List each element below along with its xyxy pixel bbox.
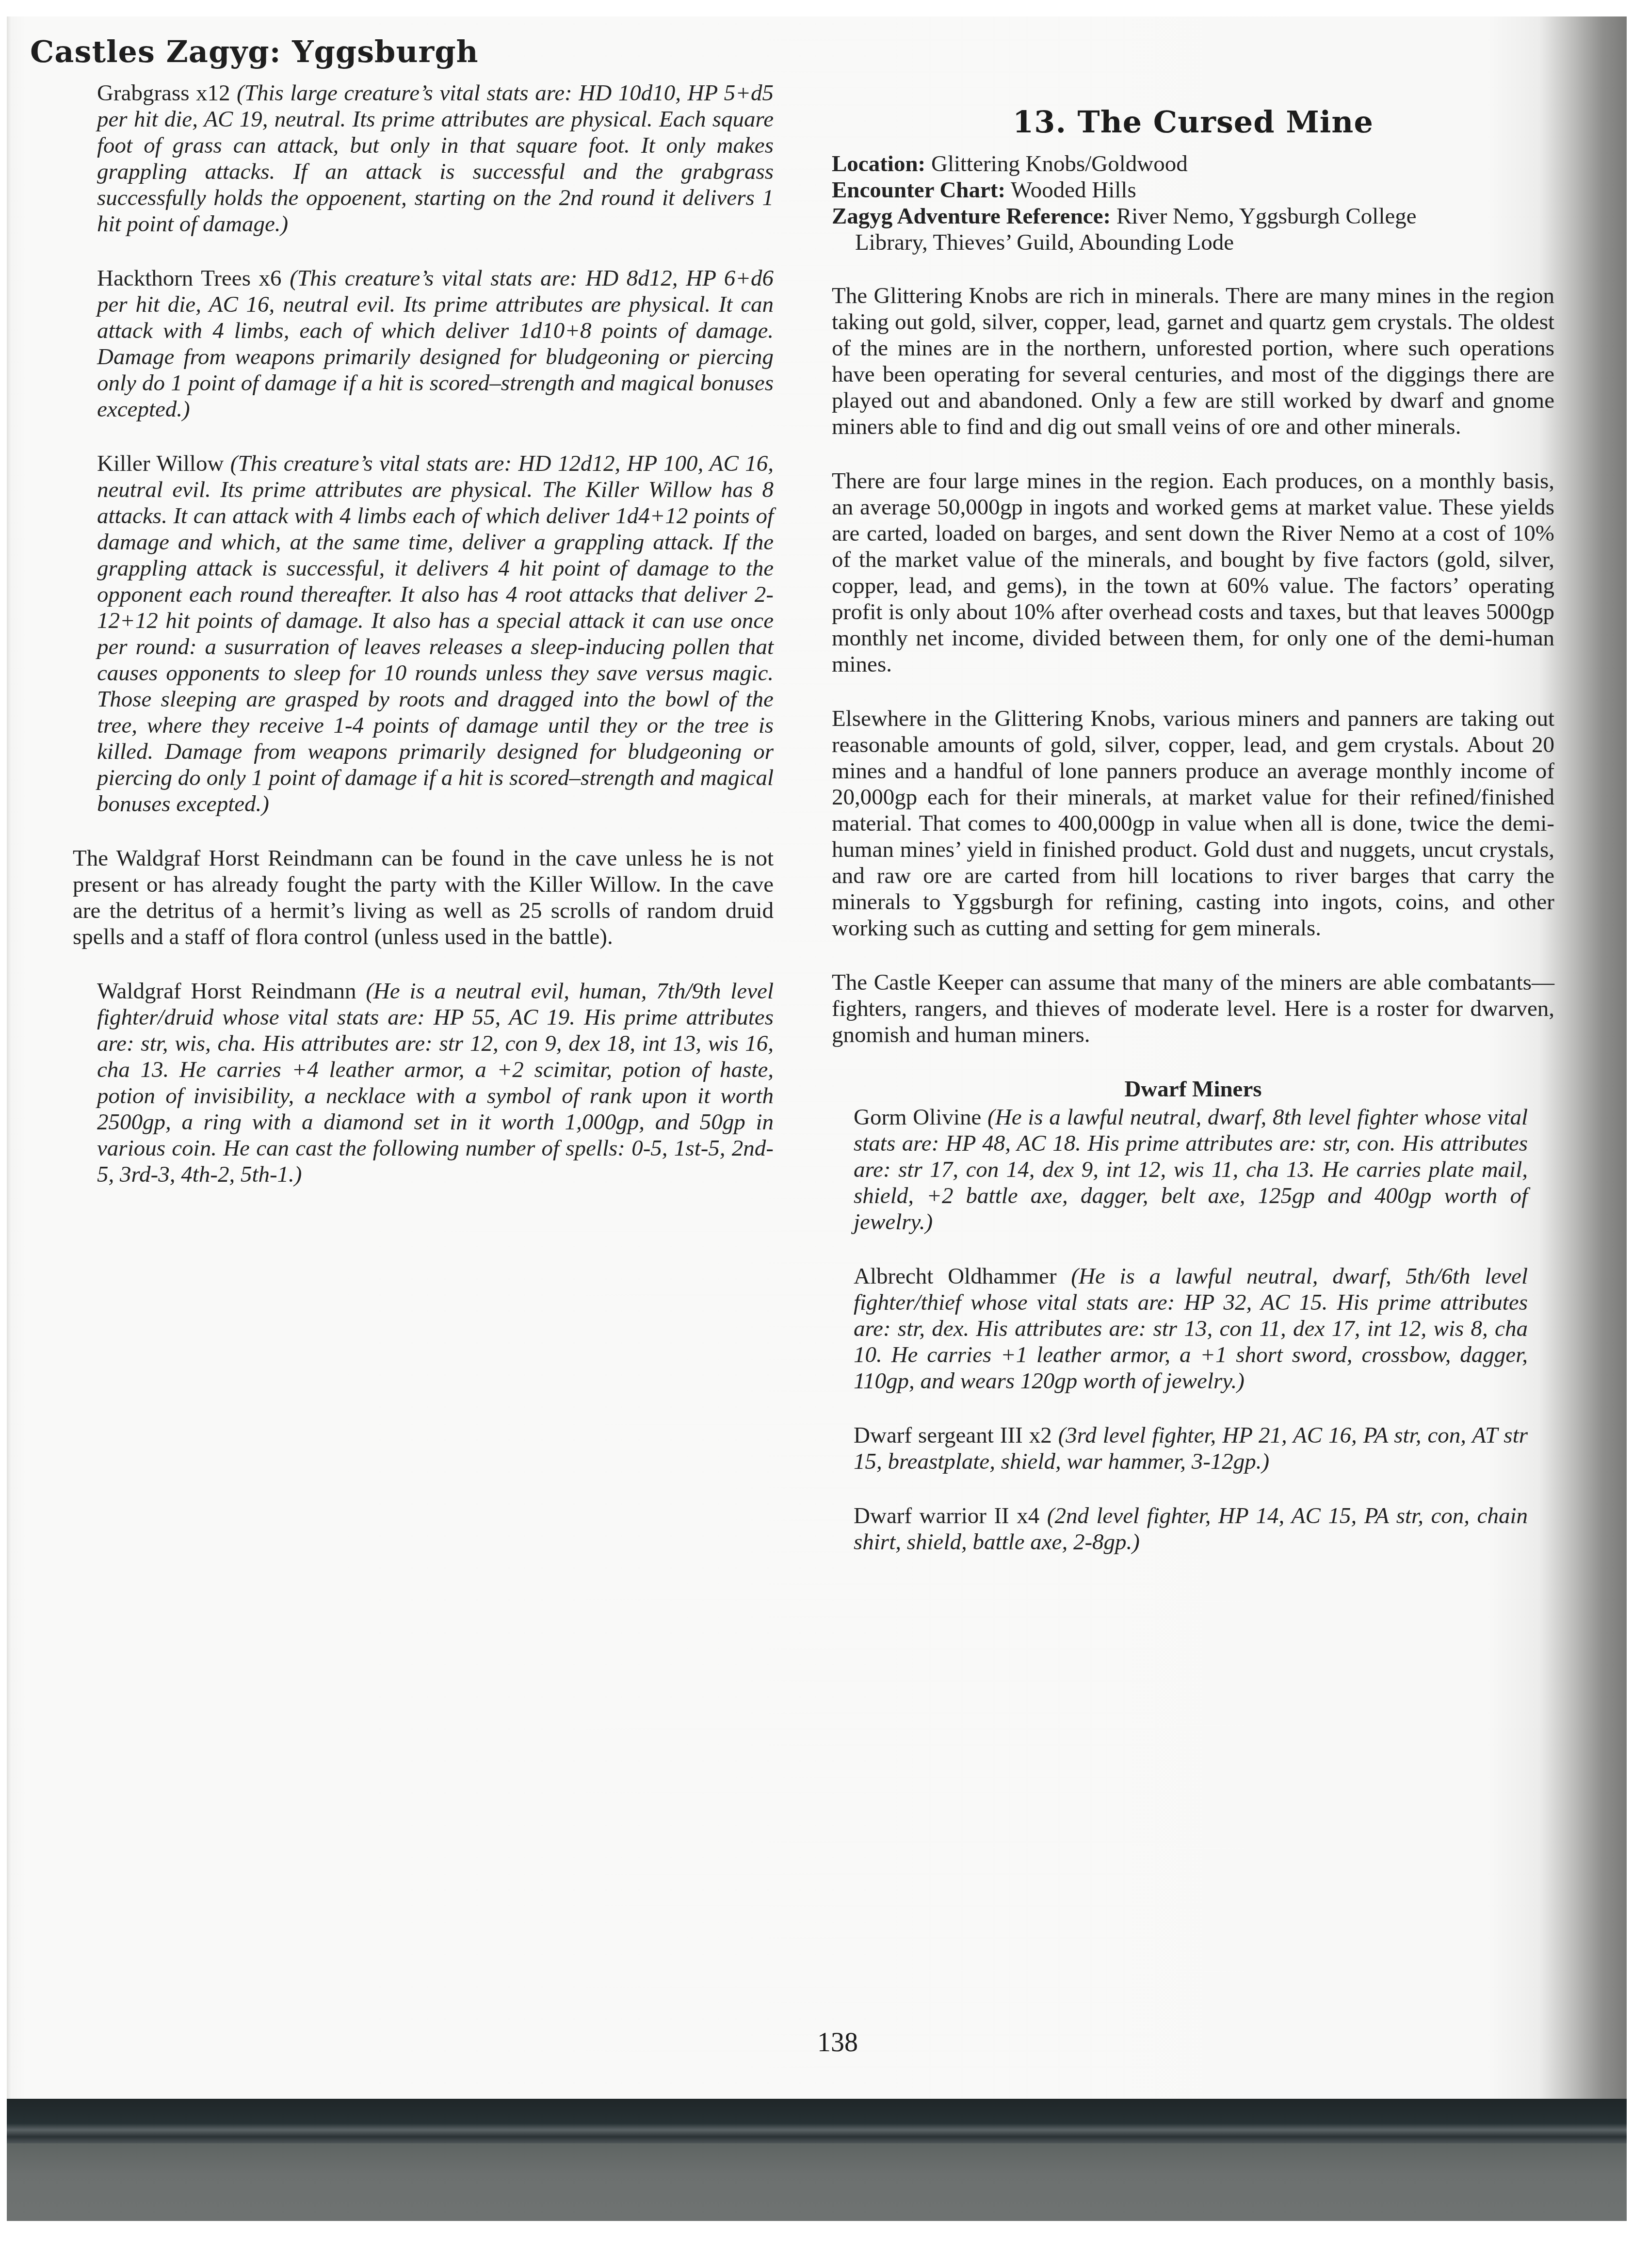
creature-name: Hackthorn Trees x6 xyxy=(97,266,282,291)
encounter-line: Encounter Chart: Wooded Hills xyxy=(832,177,1554,203)
reference-continued: Library, Thieves’ Guild, Abounding Lode xyxy=(832,229,1554,256)
scanner-background xyxy=(7,2143,1627,2221)
encounter-value: Wooded Hills xyxy=(1011,177,1136,203)
npc-name: Dwarf warrior II x4 xyxy=(854,1503,1039,1528)
page-number: 138 xyxy=(817,2027,858,2058)
creature-name: Killer Willow xyxy=(97,451,224,476)
paragraph-castle-keeper: The Castle Keeper can assume that many o… xyxy=(832,969,1554,1048)
location-label: Location: xyxy=(832,151,925,177)
left-column: Grabgrass x12 (This large creature’s vit… xyxy=(97,80,774,1216)
right-column: 13. The Cursed Mine Location: Glittering… xyxy=(832,109,1554,1583)
npc-name: Waldgraf Horst Reindmann xyxy=(97,979,356,1004)
roster-entry-gorm-olivine: Gorm Olivine (He is a lawful neutral, dw… xyxy=(854,1104,1528,1235)
section-title: 13. The Cursed Mine xyxy=(832,109,1554,135)
location-value: Glittering Knobs/Goldwood xyxy=(931,151,1188,177)
creature-stats: (This creature’s vital stats are: HD 12d… xyxy=(97,451,774,817)
npc-name: Gorm Olivine xyxy=(854,1105,981,1130)
reference-value: River Nemo, Yggsburgh College xyxy=(1116,204,1417,229)
npc-name: Albrecht Oldhammer xyxy=(854,1264,1057,1289)
encounter-label: Encounter Chart: xyxy=(832,177,1005,203)
roster-entry-dwarf-sergeant: Dwarf sergeant III x2 (3rd level fighter… xyxy=(854,1422,1528,1475)
roster-entry-albrecht-oldhammer: Albrecht Oldhammer (He is a lawful neutr… xyxy=(854,1263,1528,1394)
cave-paragraph: The Waldgraf Horst Reindmann can be foun… xyxy=(73,845,774,950)
roster-entry-dwarf-warrior: Dwarf warrior II x4 (2nd level fighter, … xyxy=(854,1503,1528,1555)
statblock-waldgraf: Waldgraf Horst Reindmann (He is a neutra… xyxy=(97,978,774,1188)
reference-line: Zagyg Adventure Reference: River Nemo, Y… xyxy=(832,203,1554,229)
npc-stats: (He is a neutral evil, human, 7th/9th le… xyxy=(97,979,774,1187)
roster-heading: Dwarf Miners xyxy=(832,1076,1554,1102)
paragraph-glittering-knobs: The Glittering Knobs are rich in mineral… xyxy=(832,283,1554,440)
running-head: Castles Zagyg: Yggsburgh xyxy=(30,34,479,69)
dwarf-roster: Gorm Olivine (He is a lawful neutral, dw… xyxy=(832,1104,1528,1555)
statblock-killer-willow: Killer Willow (This creature’s vital sta… xyxy=(97,450,774,817)
scanner-shadow-band xyxy=(7,2099,1627,2143)
paragraph-large-mines: There are four large mines in the region… xyxy=(832,468,1554,677)
page-edge xyxy=(7,16,11,2102)
statblock-grabgrass: Grabgrass x12 (This large creature’s vit… xyxy=(97,80,774,237)
npc-name: Dwarf sergeant III x2 xyxy=(854,1423,1052,1448)
reference-label: Zagyg Adventure Reference: xyxy=(832,204,1111,229)
statblock-hackthorn-trees: Hackthorn Trees x6 (This creature’s vita… xyxy=(97,265,774,422)
location-line: Location: Glittering Knobs/Goldwood xyxy=(832,151,1554,177)
creature-name: Grabgrass x12 xyxy=(97,80,230,106)
paragraph-elsewhere: Elsewhere in the Glittering Knobs, vario… xyxy=(832,706,1554,941)
